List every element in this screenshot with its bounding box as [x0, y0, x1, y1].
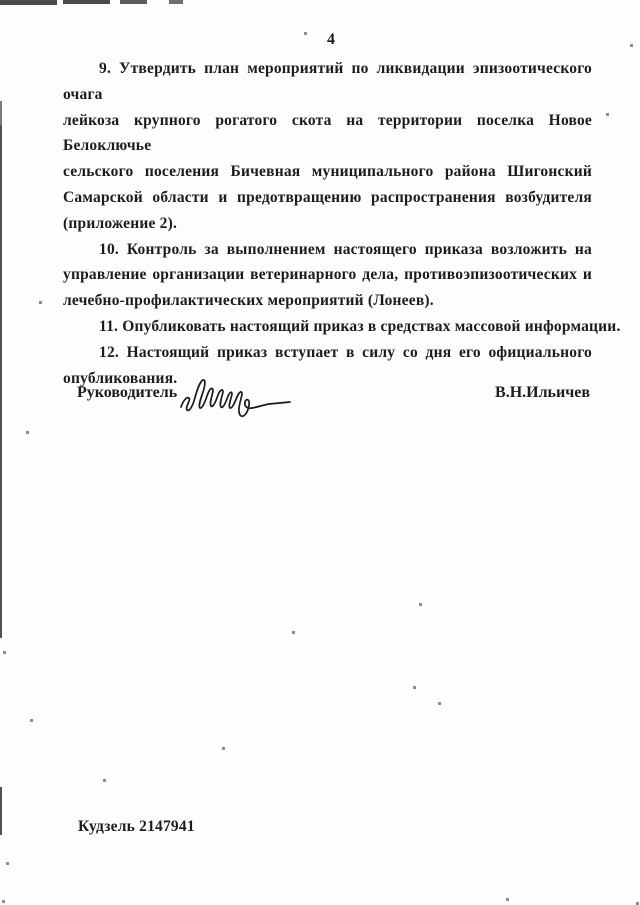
scan-speck: [6, 862, 9, 865]
scan-artifact-top-bar: [120, 0, 147, 4]
paragraph-9-line-5: (приложение 2).: [63, 211, 592, 237]
paragraph-11-line-1: 11. Опубликовать настоящий приказ в сред…: [63, 314, 592, 340]
page-number: 4: [22, 31, 640, 49]
document-body: 9. Утвердить план мероприятий по ликвида…: [63, 56, 592, 391]
scan-speck: [26, 431, 29, 434]
scan-artifact-top-bar: [169, 0, 183, 4]
paragraph-9-line-2: лейкоза крупного рогатого скота на терри…: [63, 108, 592, 160]
scan-speck: [606, 113, 609, 116]
paragraph-9-line-4: Самарской области и предотвращению распр…: [63, 185, 592, 211]
footer-reference: Кудзель 2147941: [78, 818, 195, 836]
paragraph-12-line-1: 12. Настоящий приказ вступает в силу со …: [63, 340, 592, 366]
scan-speck: [30, 719, 33, 722]
scan-speck: [3, 651, 6, 654]
paragraph-9-line-3: сельского поселения Бичевная муниципальн…: [63, 159, 592, 185]
signature-name: В.Н.Ильичев: [495, 384, 590, 402]
scan-speck: [419, 603, 422, 606]
paragraph-10-line-2: управление организации ветеринарного дел…: [63, 262, 592, 288]
paragraph-10-line-1: 10. Контроль за выполнением настоящего п…: [63, 237, 592, 263]
scan-artifact-top-bar: [63, 0, 110, 4]
paragraph-9-line-1: 9. Утвердить план мероприятий по ликвида…: [63, 56, 592, 108]
scan-artifact-top-bar: [0, 0, 57, 5]
scan-speck: [222, 747, 225, 750]
handwritten-signature-icon: [177, 368, 295, 420]
signature-role-label: Руководитель: [77, 384, 177, 402]
scanned-document-page: 4 9. Утвердить план мероприятий по ликви…: [0, 0, 640, 905]
scan-speck: [2, 900, 5, 903]
paragraph-10-line-3: лечебно-профилактических мероприятий (Ло…: [63, 288, 592, 314]
scan-artifact-left-line: [0, 787, 2, 835]
scan-speck: [39, 301, 42, 304]
scan-speck: [506, 898, 509, 901]
scan-artifact-left-line: [0, 125, 2, 638]
scan-speck: [292, 631, 295, 634]
scan-artifact-left-line: [0, 101, 2, 125]
signature-block: Руководитель В.Н.Ильичев: [77, 384, 590, 414]
scan-speck: [438, 702, 441, 705]
scan-speck: [413, 686, 416, 689]
scan-speck: [103, 779, 106, 782]
